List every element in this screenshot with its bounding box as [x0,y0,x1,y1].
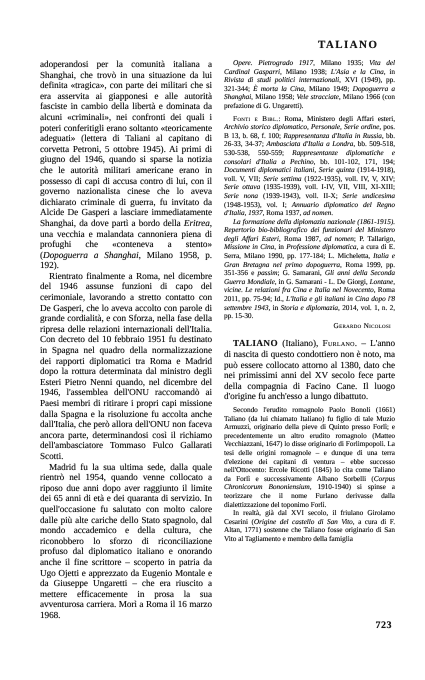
paragraph: In realtà, già dal XVI secolo, il friula… [224,509,395,543]
running-head: TALIANO [318,39,378,51]
text-run: Eritrea [184,218,210,228]
text-run: Furlano [323,338,355,348]
text-run: Storia e diplomazia [281,303,338,312]
paragraph: Fonti e Bibl.: Roma, Ministero degli Aff… [224,115,395,218]
scanned-book-page: TALIANO adoperandosi per la comunità ita… [0,0,425,680]
paragraph: Secondo l'erudito romagnolo Paolo Bonoli… [224,406,395,509]
paragraph: La formazione della diplomazia nazionale… [224,218,395,321]
paragraph: Opere. Pietrogrado 1917, Milano 1935; Vi… [224,59,395,111]
text-run: Dopoguerra a Shanghai [43,250,139,260]
paragraph: TALIANO (Italiano), Furlano. – L'anno di… [224,338,395,402]
paragraph: adoperandosi per la comunità italiana a … [40,59,212,271]
text-run: (Italiano), [278,338,323,348]
text-run: Rientrato finalmente a Roma, nel dicembr… [40,271,212,461]
paragraph: Madrid fu la sua ultima sede, dalla qual… [40,462,212,621]
text-run: adoperandosi per la comunità italiana a … [40,59,212,228]
text-run: TALIANO [233,338,278,348]
page-number: 723 [376,620,393,631]
paragraph: Gerardo Nicolosi [224,322,395,331]
text-run: Secondo l'erudito romagnolo Paolo Bonoli… [224,405,395,483]
text-run: Gerardo Nicolosi [334,321,391,330]
right-text-column: Opere. Pietrogrado 1917, Milano 1935; Vi… [224,59,395,631]
paragraph: Rientrato finalmente a Roma, nel dicembr… [40,271,212,462]
left-text-column: adoperandosi per la comunità italiana a … [40,59,212,631]
text-run: Madrid fu la sua ultima sede, dalla qual… [40,462,212,620]
text-run: , in [268,303,280,312]
